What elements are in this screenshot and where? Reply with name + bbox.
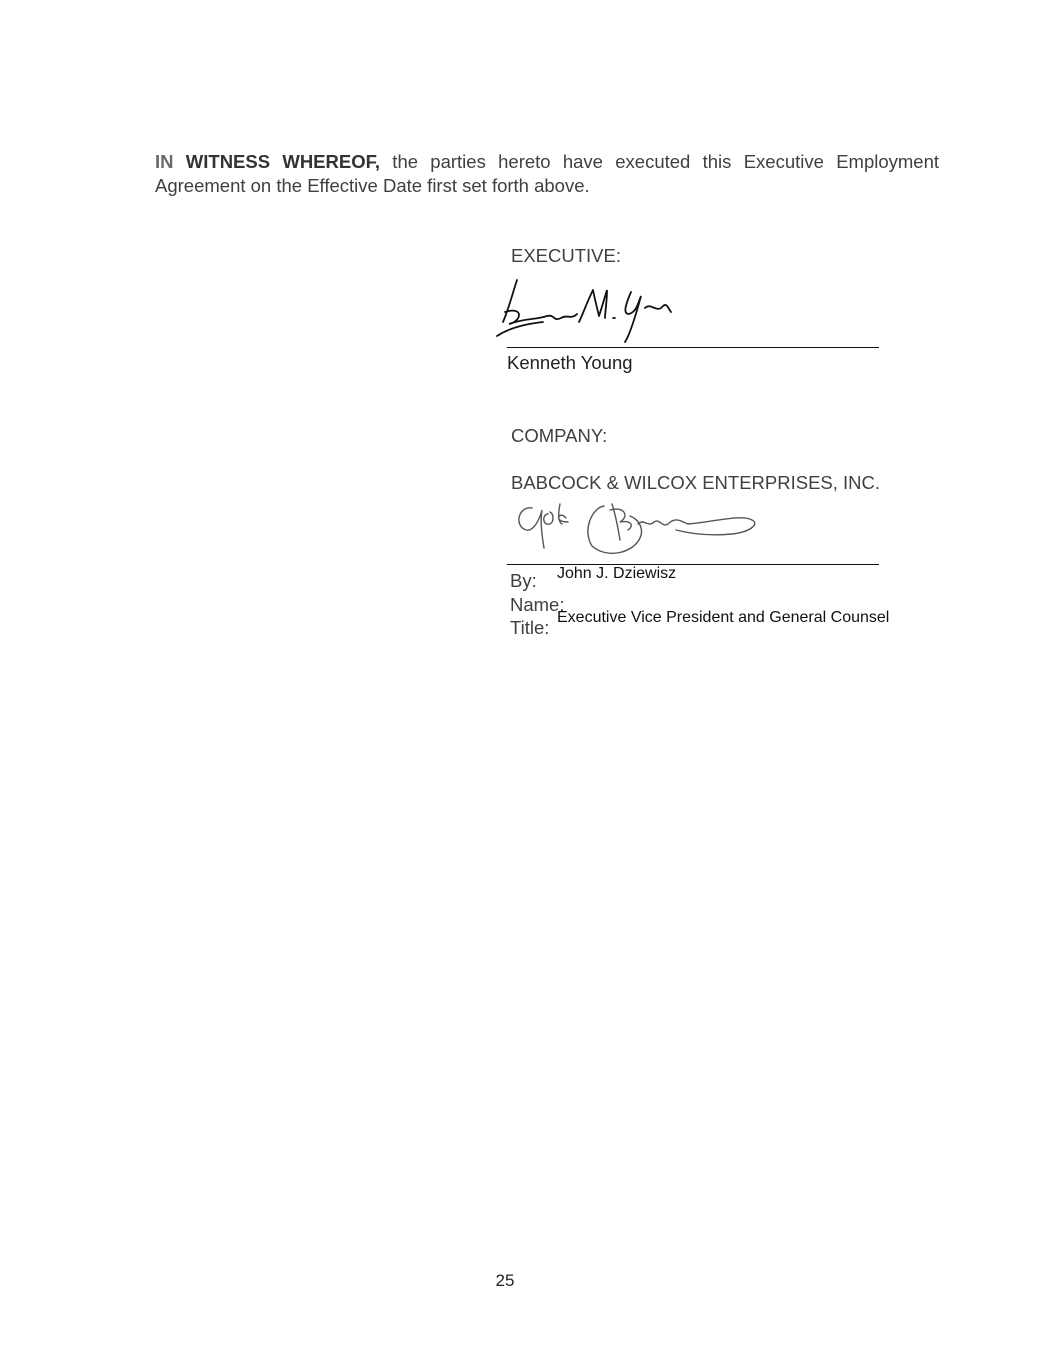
signatory-title: Executive Vice President and General Cou…	[557, 609, 889, 627]
by-label: By:	[510, 570, 537, 592]
executive-signature-image	[495, 278, 675, 346]
witness-paragraph: IN WITNESS WHEREOF, the parties hereto h…	[155, 150, 939, 198]
page-number: 25	[0, 1271, 1010, 1291]
lead-in-text: IN	[155, 151, 174, 172]
company-entity-name: BABCOCK & WILCOX ENTERPRISES, INC.	[511, 472, 880, 494]
witness-whereof-text: WITNESS WHEREOF,	[186, 151, 380, 172]
executive-signature-line	[507, 347, 879, 348]
executive-label: EXECUTIVE:	[511, 245, 621, 267]
company-signature-image	[512, 500, 762, 562]
company-label: COMPANY:	[511, 425, 607, 447]
title-label: Title:	[510, 617, 549, 639]
signatory-name: John J. Dziewisz	[557, 565, 676, 583]
executive-name: Kenneth Young	[507, 352, 633, 374]
